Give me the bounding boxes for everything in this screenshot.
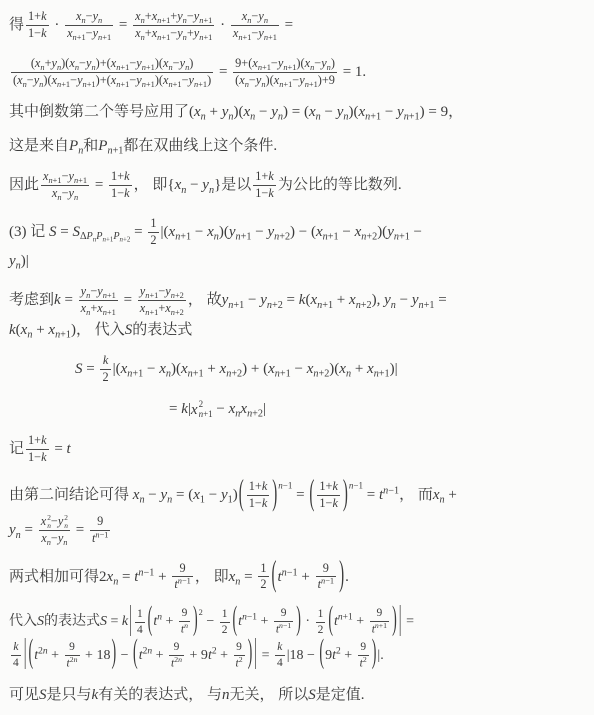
line-slope-substitution: 考虑到k = yn−yn+1xn+xn+1 = yn+1−yn+2xn+1+xn… [9, 283, 588, 341]
line-define-t: 记1+k1−k = t [9, 432, 588, 467]
line-final-computation: 代入S的表达式S = k|14(tn + 9tn)2 − 12(tn−1 + 9… [9, 605, 588, 671]
math-solution-document: 得1+k1−k · xn−ynxn+1−yn+1 = xn+xn+1+yn−yn… [0, 0, 594, 706]
line-xn-minus-yn: 由第二问结论可得 xn − yn = (x1 − y1)(1+k1−k)n−1 … [9, 478, 588, 549]
line-S-simplified: = k|x2n+1 − xnxn+2| [169, 398, 588, 421]
line-part3-define-S: (3) 记 S = SΔPnPn+1Pn+2 = 12|(xn+1 − xn)(… [9, 215, 588, 272]
line-conclusion-constant: 可见S是只与k有关的表达式， 与n无关， 所以S是定值. [9, 684, 588, 707]
line-remark-hyperbola: 这是来自Pn和Pn+1都在双曲线上这个条件. [9, 135, 588, 158]
line-remark-identity: 其中倒数第二个等号应用了(xn + yn)(xn − yn) = (xn − y… [9, 101, 588, 124]
line-eq-chain-1: 得1+k1−k · xn−ynxn+1−yn+1 = xn+xn+1+yn−yn… [9, 8, 588, 44]
line-conclusion-geometric: 因此xn+1−yn+1xn−yn = 1+k1−k， 即{xn − yn}是以1… [9, 168, 588, 204]
line-S-expanded: S = k2|(xn+1 − xn)(xn+1 + xn+2) + (xn+1 … [75, 352, 588, 387]
line-eq-chain-2: (xn+yn)(xn−yn)+(xn+1−yn+1)(xn−yn)(xn−yn)… [9, 55, 588, 91]
line-solve-xn: 两式相加可得2xn = tn−1 + 9tn−1， 即xn = 12(tn−1 … [9, 560, 588, 595]
